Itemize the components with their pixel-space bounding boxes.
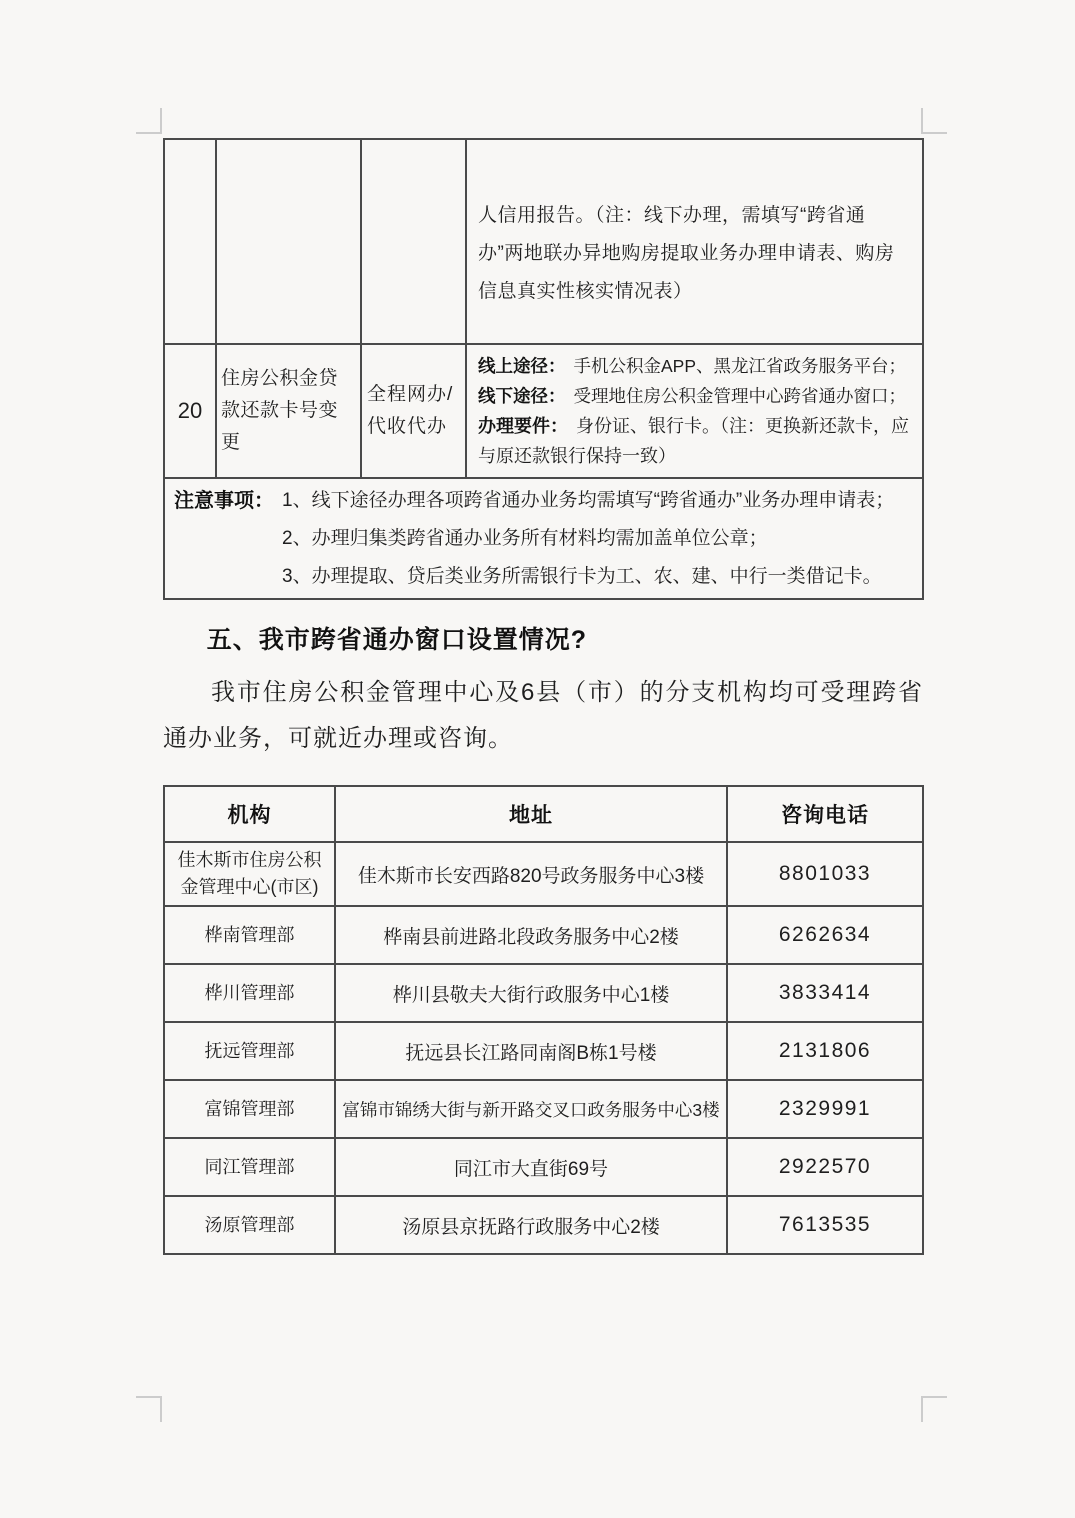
note-item: 2、办理归集类跨省通办业务所有材料均需加盖单位公章；	[282, 520, 915, 558]
cell-row-number: 20	[164, 344, 216, 478]
notes-list: 1、线下途径办理各项跨省通办业务均需填写“跨省通办”业务办理申请表； 2、办理归…	[282, 482, 915, 596]
header-phone: 咨询电话	[727, 786, 923, 842]
cell-phone: 2329991	[727, 1080, 923, 1138]
table-row-notes: 注意事项： 1、线下途径办理各项跨省通办业务均需填写“跨省通办”业务办理申请表；…	[164, 478, 923, 599]
table-row-20: 20 住房公积金贷款还款卡号变更 全程网办/代收代办 线上途径：手机公积金APP…	[164, 344, 923, 478]
notes-label: 注意事项：	[174, 482, 282, 596]
offices-header-row: 机构 地址 咨询电话	[164, 786, 923, 842]
cell-handling-mode: 全程网办/代收代办	[361, 344, 466, 478]
cell-phone: 2922570	[727, 1138, 923, 1196]
margin-mark-top-right	[921, 108, 947, 134]
cell-empty	[164, 139, 216, 344]
detail-label: 线上途径：	[478, 356, 566, 376]
cell-address: 汤原县京抚路行政服务中心2楼	[335, 1196, 727, 1254]
cell-phone: 2131806	[727, 1022, 923, 1080]
cell-phone: 8801033	[727, 842, 923, 906]
handling-mode-text: 全程网办/代收代办	[363, 379, 464, 443]
cell-address: 佳木斯市长安西路820号政务服务中心3楼	[335, 842, 727, 906]
cell-org: 抚远管理部	[164, 1022, 335, 1080]
cell-address: 桦川县敬夫大街行政服务中心1楼	[335, 964, 727, 1022]
notes: 注意事项： 1、线下途径办理各项跨省通办业务均需填写“跨省通办”业务办理申请表；…	[166, 482, 921, 596]
cell-phone: 6262634	[727, 906, 923, 964]
service-name-text: 住房公积金贷款还款卡号变更	[218, 363, 359, 459]
cell-empty	[216, 139, 361, 344]
services-table: 人信用报告。（注：线下办理，需填写“跨省通办”两地联办异地购房提取业务办理申请表…	[163, 138, 924, 600]
cell-org: 桦川管理部	[164, 964, 335, 1022]
detail-text: 手机公积金APP、黑龙江省政务服务平台；	[574, 356, 907, 376]
cell-org: 同江管理部	[164, 1138, 335, 1196]
section-heading: 五、我市跨省通办窗口设置情况?	[163, 620, 923, 656]
document-page: 人信用报告。（注：线下办理，需填写“跨省通办”两地联办异地购房提取业务办理申请表…	[0, 0, 1075, 1518]
cell-address: 抚远县长江路同南阁B栋1号楼	[335, 1022, 727, 1080]
cell-org: 富锦管理部	[164, 1080, 335, 1138]
margin-mark-top-left	[136, 108, 162, 134]
table-row: 桦川管理部 桦川县敬夫大街行政服务中心1楼 3833414	[164, 964, 923, 1022]
detail-label: 办理要件：	[478, 416, 568, 436]
margin-mark-bottom-right	[921, 1396, 947, 1422]
margin-mark-bottom-left	[136, 1396, 162, 1422]
cell-service-name: 住房公积金贷款还款卡号变更	[216, 344, 361, 478]
section-paragraph: 我市住房公积金管理中心及6县（市）的分支机构均可受理跨省通办业务，可就近办理或咨…	[163, 670, 923, 762]
cell-org: 佳木斯市住房公积金管理中心(市区)	[164, 842, 335, 906]
cell-empty	[361, 139, 466, 344]
note-item: 3、办理提取、贷后类业务所需银行卡为工、农、建、中行一类借记卡。	[282, 558, 915, 596]
table-row: 佳木斯市住房公积金管理中心(市区) 佳木斯市长安西路820号政务服务中心3楼 8…	[164, 842, 923, 906]
header-org: 机构	[164, 786, 335, 842]
service-detail-lines: 线上途径：手机公积金APP、黑龙江省政务服务平台； 线下途径：受理地住房公积金管…	[468, 347, 921, 475]
table-row: 同江管理部 同江市大直街69号 2922570	[164, 1138, 923, 1196]
table-row: 桦南管理部 桦南县前进路北段政务服务中心2楼 6262634	[164, 906, 923, 964]
cell-org: 桦南管理部	[164, 906, 335, 964]
cell-phone: 3833414	[727, 964, 923, 1022]
cell-address: 富锦市锦绣大街与新开路交叉口政务服务中心3楼	[335, 1080, 727, 1138]
detail-line-online: 线上途径：手机公积金APP、黑龙江省政务服务平台；	[478, 351, 915, 381]
note-item: 1、线下途径办理各项跨省通办业务均需填写“跨省通办”业务办理申请表；	[282, 482, 915, 520]
cell-service-detail: 线上途径：手机公积金APP、黑龙江省政务服务平台； 线下途径：受理地住房公积金管…	[466, 344, 923, 478]
detail-line-requirements: 办理要件：身份证、银行卡。（注：更换新还款卡，应与原还款银行保持一致）	[478, 411, 915, 471]
table-row: 汤原管理部 汤原县京抚路行政服务中心2楼 7613535	[164, 1196, 923, 1254]
cell-address: 同江市大直街69号	[335, 1138, 727, 1196]
cell-carryover-detail: 人信用报告。（注：线下办理，需填写“跨省通办”两地联办异地购房提取业务办理申请表…	[466, 139, 923, 344]
cell-notes: 注意事项： 1、线下途径办理各项跨省通办业务均需填写“跨省通办”业务办理申请表；…	[164, 478, 923, 599]
page-content: 人信用报告。（注：线下办理，需填写“跨省通办”两地联办异地购房提取业务办理申请表…	[163, 138, 923, 1255]
table-row: 富锦管理部 富锦市锦绣大街与新开路交叉口政务服务中心3楼 2329991	[164, 1080, 923, 1138]
carryover-text: 人信用报告。（注：线下办理，需填写“跨省通办”两地联办异地购房提取业务办理申请表…	[468, 141, 921, 311]
header-address: 地址	[335, 786, 727, 842]
detail-text: 受理地住房公积金管理中心跨省通办窗口；	[574, 386, 907, 406]
cell-address: 桦南县前进路北段政务服务中心2楼	[335, 906, 727, 964]
offices-table: 机构 地址 咨询电话 佳木斯市住房公积金管理中心(市区) 佳木斯市长安西路820…	[163, 785, 924, 1255]
table-row-carryover: 人信用报告。（注：线下办理，需填写“跨省通办”两地联办异地购房提取业务办理申请表…	[164, 139, 923, 344]
detail-line-offline: 线下途径：受理地住房公积金管理中心跨省通办窗口；	[478, 381, 915, 411]
detail-label: 线下途径：	[478, 386, 566, 406]
table-row: 抚远管理部 抚远县长江路同南阁B栋1号楼 2131806	[164, 1022, 923, 1080]
cell-org: 汤原管理部	[164, 1196, 335, 1254]
cell-phone: 7613535	[727, 1196, 923, 1254]
